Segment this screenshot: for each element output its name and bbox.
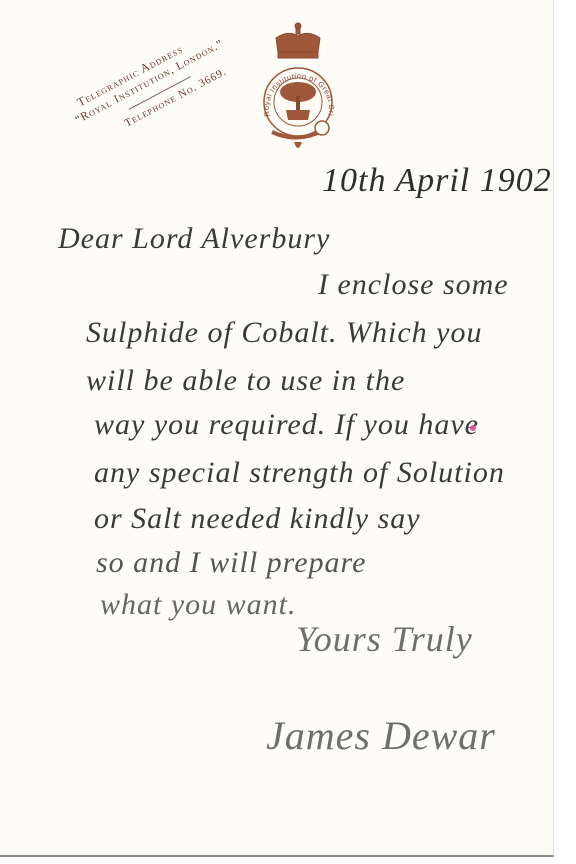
body-line: I enclose some [318, 268, 509, 302]
letter-date: 10th April 1902 [322, 162, 552, 200]
body-line: Sulphide of Cobalt. Which you [86, 316, 482, 350]
body-line: will be able to use in the [86, 364, 405, 398]
closing: Yours Truly [296, 618, 473, 660]
body-line: so and I will prepare [96, 546, 366, 580]
body-line: any special strength of Solution [94, 456, 505, 490]
body-line: way you required. If you have [94, 408, 479, 442]
body-line: what you want. [100, 588, 297, 622]
royal-institution-crest-icon: Royal Institution of Great Britain [258, 20, 338, 160]
salutation: Dear Lord Alverbury [58, 222, 330, 256]
letter-paper: Telegraphic Address “Royal Institution, … [0, 0, 554, 857]
pink-ink-mark [470, 425, 476, 431]
telegraphic-address-block: Telegraphic Address “Royal Institution, … [40, 0, 259, 149]
body-line: or Salt needed kindly say [94, 502, 421, 536]
signature: James Dewar [266, 712, 496, 759]
